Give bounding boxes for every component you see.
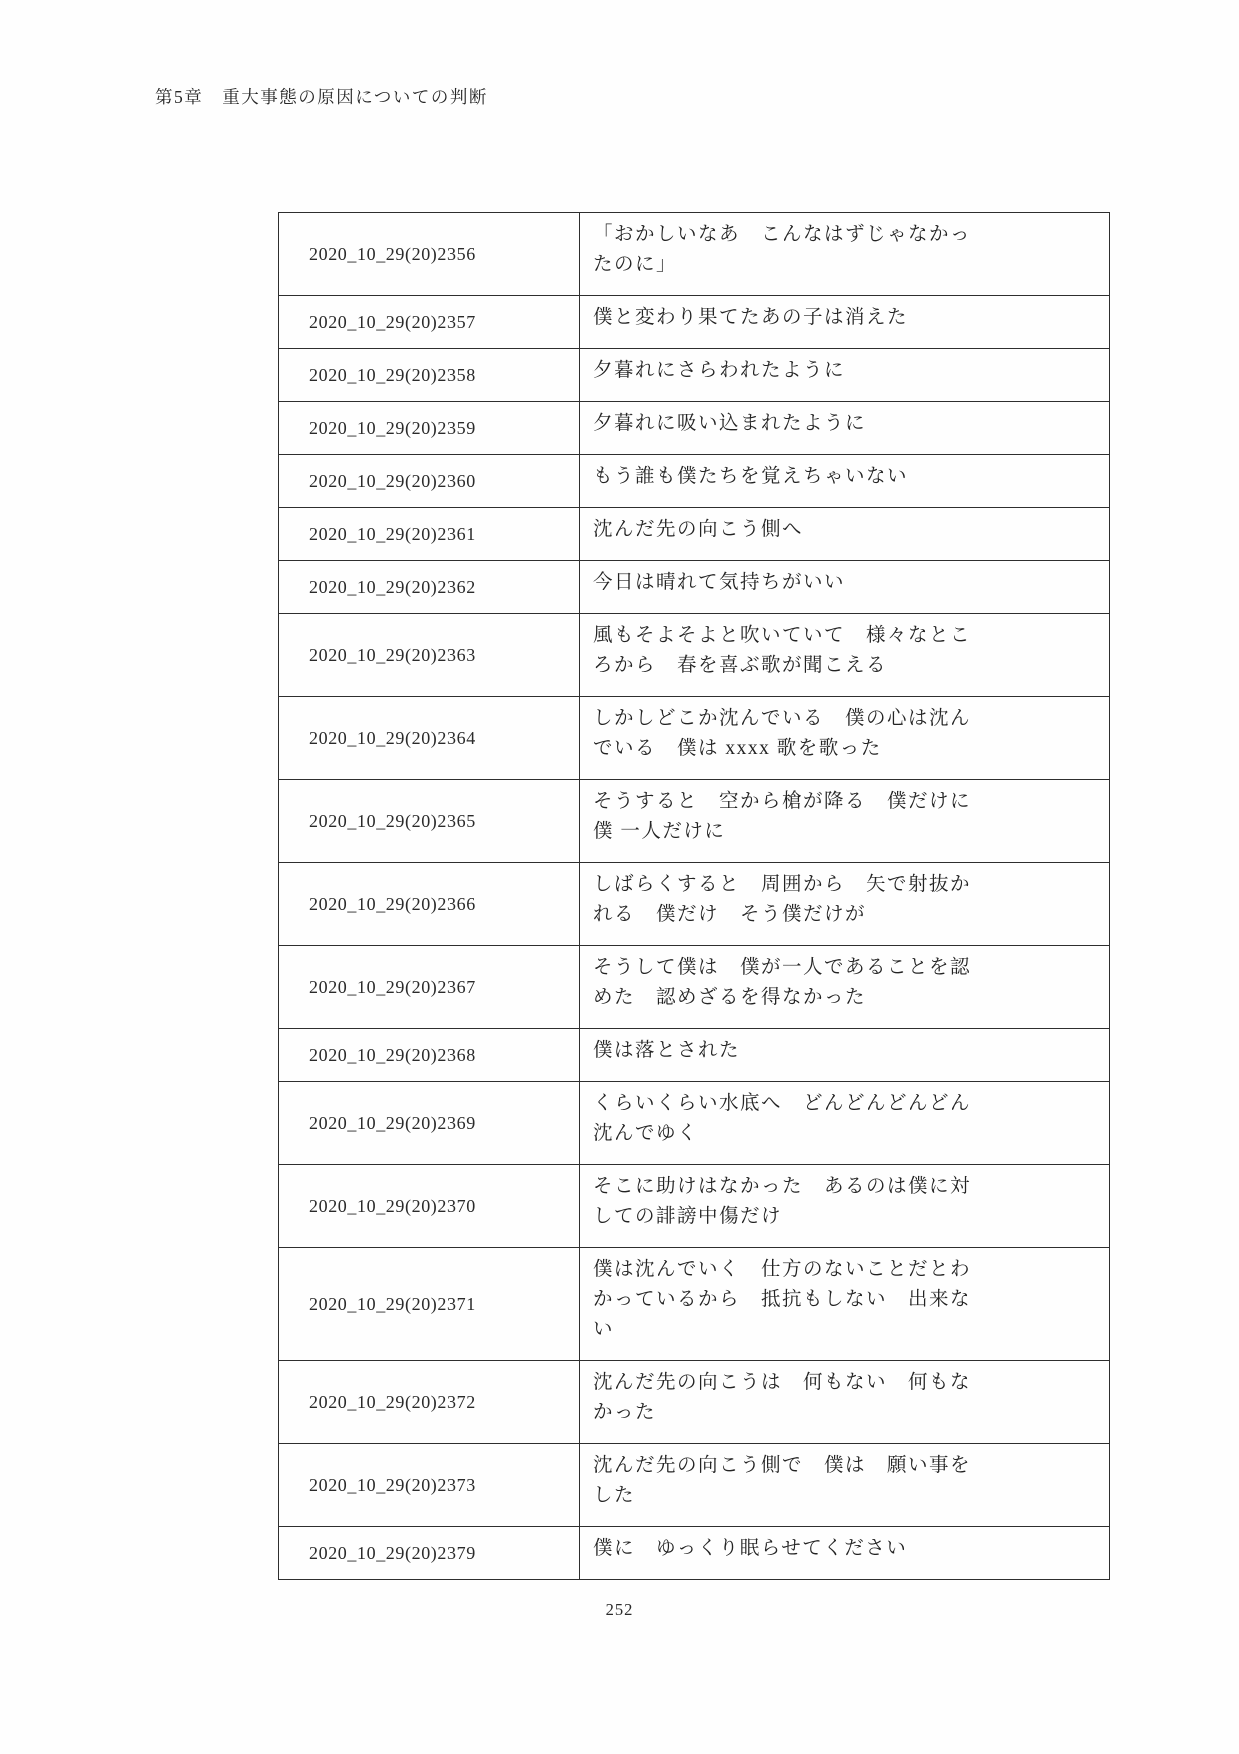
content-table: 2020_10_29(20)2356 「おかしいなあ こんなはずじゃなかっ たの… [278,212,1110,1580]
table-row: 2020_10_29(20)2371 僕は沈んでいく 仕方のないことだとわ かっ… [279,1248,1110,1361]
entry-id-cell: 2020_10_29(20)2367 [279,946,580,1029]
entry-text-cell: 沈んだ先の向こう側へ [580,508,1110,561]
entry-text-cell: 僕と変わり果てたあの子は消えた [580,296,1110,349]
entry-id-cell: 2020_10_29(20)2371 [279,1248,580,1361]
entry-text-cell: 夕暮れに吸い込まれたように [580,402,1110,455]
entry-id-cell: 2020_10_29(20)2357 [279,296,580,349]
entry-text-cell: 今日は晴れて気持ちがいい [580,561,1110,614]
table-row: 2020_10_29(20)2365 そうすると 空から槍が降る 僕だけに 僕 … [279,780,1110,863]
table-row: 2020_10_29(20)2379 僕に ゆっくり眠らせてください [279,1527,1110,1580]
entry-text-cell: 夕暮れにさらわれたように [580,349,1110,402]
entry-text-cell: しかしどこか沈んでいる 僕の心は沈ん でいる 僕は xxxx 歌を歌った [580,697,1110,780]
entry-text-cell: そこに助けはなかった あるのは僕に対 しての誹謗中傷だけ [580,1165,1110,1248]
page-number: 252 [0,1600,1239,1620]
table-row: 2020_10_29(20)2358 夕暮れにさらわれたように [279,349,1110,402]
table-row: 2020_10_29(20)2368 僕は落とされた [279,1029,1110,1082]
table-row: 2020_10_29(20)2361 沈んだ先の向こう側へ [279,508,1110,561]
table-row: 2020_10_29(20)2372 沈んだ先の向こうは 何もない 何もな かっ… [279,1361,1110,1444]
entry-text-cell: 沈んだ先の向こう側で 僕は 願い事を した [580,1444,1110,1527]
entry-text-cell: 沈んだ先の向こうは 何もない 何もな かった [580,1361,1110,1444]
entry-text-cell: そうすると 空から槍が降る 僕だけに 僕 一人だけに [580,780,1110,863]
entry-id-cell: 2020_10_29(20)2364 [279,697,580,780]
entry-id-cell: 2020_10_29(20)2369 [279,1082,580,1165]
entry-text-cell: 風もそよそよと吹いていて 様々なとこ ろから 春を喜ぶ歌が聞こえる [580,614,1110,697]
entry-id-cell: 2020_10_29(20)2366 [279,863,580,946]
entry-text-cell: くらいくらい水底へ どんどんどんどん 沈んでゆく [580,1082,1110,1165]
entry-id-cell: 2020_10_29(20)2363 [279,614,580,697]
entry-id-cell: 2020_10_29(20)2373 [279,1444,580,1527]
table-row: 2020_10_29(20)2369 くらいくらい水底へ どんどんどんどん 沈ん… [279,1082,1110,1165]
entry-text-cell: 僕は沈んでいく 仕方のないことだとわ かっているから 抵抗もしない 出来な い [580,1248,1110,1361]
entry-text-cell: 「おかしいなあ こんなはずじゃなかっ たのに」 [580,213,1110,296]
entry-id-cell: 2020_10_29(20)2368 [279,1029,580,1082]
entry-id-cell: 2020_10_29(20)2370 [279,1165,580,1248]
table-row: 2020_10_29(20)2364 しかしどこか沈んでいる 僕の心は沈ん でい… [279,697,1110,780]
entry-id-cell: 2020_10_29(20)2358 [279,349,580,402]
entry-text-cell: 僕は落とされた [580,1029,1110,1082]
table-row: 2020_10_29(20)2363 風もそよそよと吹いていて 様々なとこ ろか… [279,614,1110,697]
entry-text-cell: 僕に ゆっくり眠らせてください [580,1527,1110,1580]
entry-id-cell: 2020_10_29(20)2359 [279,402,580,455]
entry-id-cell: 2020_10_29(20)2365 [279,780,580,863]
table-row: 2020_10_29(20)2360 もう誰も僕たちを覚えちゃいない [279,455,1110,508]
entry-text-cell: しばらくすると 周囲から 矢で射抜か れる 僕だけ そう僕だけが [580,863,1110,946]
table-row: 2020_10_29(20)2367 そうして僕は 僕が一人であることを認 めた… [279,946,1110,1029]
scanned-document-page: 第5章 重大事態の原因についての判断 2020_10_29(20)2356 「お… [0,0,1239,1754]
entry-id-cell: 2020_10_29(20)2379 [279,1527,580,1580]
table-row: 2020_10_29(20)2366 しばらくすると 周囲から 矢で射抜か れる… [279,863,1110,946]
table-body: 2020_10_29(20)2356 「おかしいなあ こんなはずじゃなかっ たの… [279,213,1110,1580]
entry-text-cell: そうして僕は 僕が一人であることを認 めた 認めざるを得なかった [580,946,1110,1029]
table-row: 2020_10_29(20)2362 今日は晴れて気持ちがいい [279,561,1110,614]
table-row: 2020_10_29(20)2356 「おかしいなあ こんなはずじゃなかっ たの… [279,213,1110,296]
entry-id-cell: 2020_10_29(20)2372 [279,1361,580,1444]
table-row: 2020_10_29(20)2357 僕と変わり果てたあの子は消えた [279,296,1110,349]
entry-id-cell: 2020_10_29(20)2360 [279,455,580,508]
entry-id-cell: 2020_10_29(20)2362 [279,561,580,614]
table-row: 2020_10_29(20)2359 夕暮れに吸い込まれたように [279,402,1110,455]
entry-text-cell: もう誰も僕たちを覚えちゃいない [580,455,1110,508]
chapter-header: 第5章 重大事態の原因についての判断 [155,84,488,109]
table-row: 2020_10_29(20)2370 そこに助けはなかった あるのは僕に対 して… [279,1165,1110,1248]
entry-id-cell: 2020_10_29(20)2356 [279,213,580,296]
table-row: 2020_10_29(20)2373 沈んだ先の向こう側で 僕は 願い事を した [279,1444,1110,1527]
entry-id-cell: 2020_10_29(20)2361 [279,508,580,561]
